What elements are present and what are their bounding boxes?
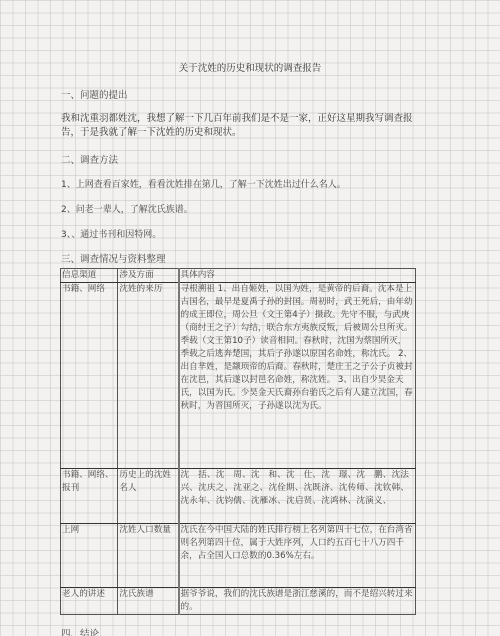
section4-heading: 四、结论 — [61, 626, 99, 636]
table-row: 书籍、网络 沈姓的来历 寻根溯祖 1、出自姬姓，以国为姓，是黄帝的后裔。沈本是上… — [61, 283, 416, 469]
header-content: 具体内容 — [179, 269, 416, 283]
table-row: 上网 沈姓人口数量 沈氏在今中国大陆的姓氏排行榜上名列第四十七位，在台湾省则名列… — [61, 524, 416, 588]
survey-table: 信息渠道 涉及方面 具体内容 书籍、网络 沈姓的来历 寻根溯祖 1、出自姬姓，以… — [60, 268, 416, 615]
cell-content: 沈 括、沈 周、沈 和、沈 仕、沈 璟、沈 鹏、沈法兴、沈庆之、沈亚之、沈佺期、… — [179, 469, 416, 524]
document-title: 关于沈姓的历史和现状的调查报告 — [0, 60, 500, 74]
table-row: 书籍、网络、报刊 历史上的沈姓名人 沈 括、沈 周、沈 和、沈 仕、沈 璟、沈 … — [61, 469, 416, 524]
method-item: 3、、通过书刊和因特网。 — [61, 227, 161, 240]
cell-channel: 老人的讲述 — [61, 588, 118, 615]
cell-content: 据爷爷说，我们的沈氏族谱是浙江慈溪的，而不是绍兴转过来的。 — [179, 588, 416, 615]
cell-content: 沈氏在今中国大陆的姓氏排行榜上名列第四十七位，在台湾省则名列第四十位，属于大姓序… — [179, 524, 416, 588]
method-item: 2、问老一辈人，了解沈氏族谱。 — [61, 202, 193, 215]
method-item: 1、上网查看百家姓，看看沈姓排在第几，了解一下沈姓出过什么名人。 — [61, 177, 346, 190]
section3-heading: 三、调查情况与资料整理 — [61, 251, 166, 265]
table-row: 老人的讲述 沈氏族谱 据爷爷说，我们的沈氏族谱是浙江慈溪的，而不是绍兴转过来的。 — [61, 588, 416, 615]
cell-channel: 书籍、网络 — [61, 283, 118, 469]
cell-channel: 上网 — [61, 524, 118, 588]
header-aspect: 涉及方面 — [118, 269, 179, 283]
section1-heading: 一、问题的提出 — [61, 87, 128, 101]
cell-aspect: 沈姓的来历 — [118, 283, 179, 469]
section1-paragraph: 我和沈重羽都姓沈，我想了解一下几百年前我们是不是一家，正好这星期我写调查报告，于… — [61, 112, 421, 140]
section2-heading: 二、调查方法 — [61, 152, 118, 166]
table-header-row: 信息渠道 涉及方面 具体内容 — [61, 269, 416, 283]
cell-channel: 书籍、网络、报刊 — [61, 469, 118, 524]
cell-aspect: 沈姓人口数量 — [118, 524, 179, 588]
header-channel: 信息渠道 — [61, 269, 118, 283]
cell-aspect: 历史上的沈姓名人 — [118, 469, 179, 524]
cell-content: 寻根溯祖 1、出自姬姓，以国为姓，是黄帝的后裔。沈本是上古国名，最早是夏禹子孙的… — [179, 283, 416, 469]
cell-aspect: 沈氏族谱 — [118, 588, 179, 615]
